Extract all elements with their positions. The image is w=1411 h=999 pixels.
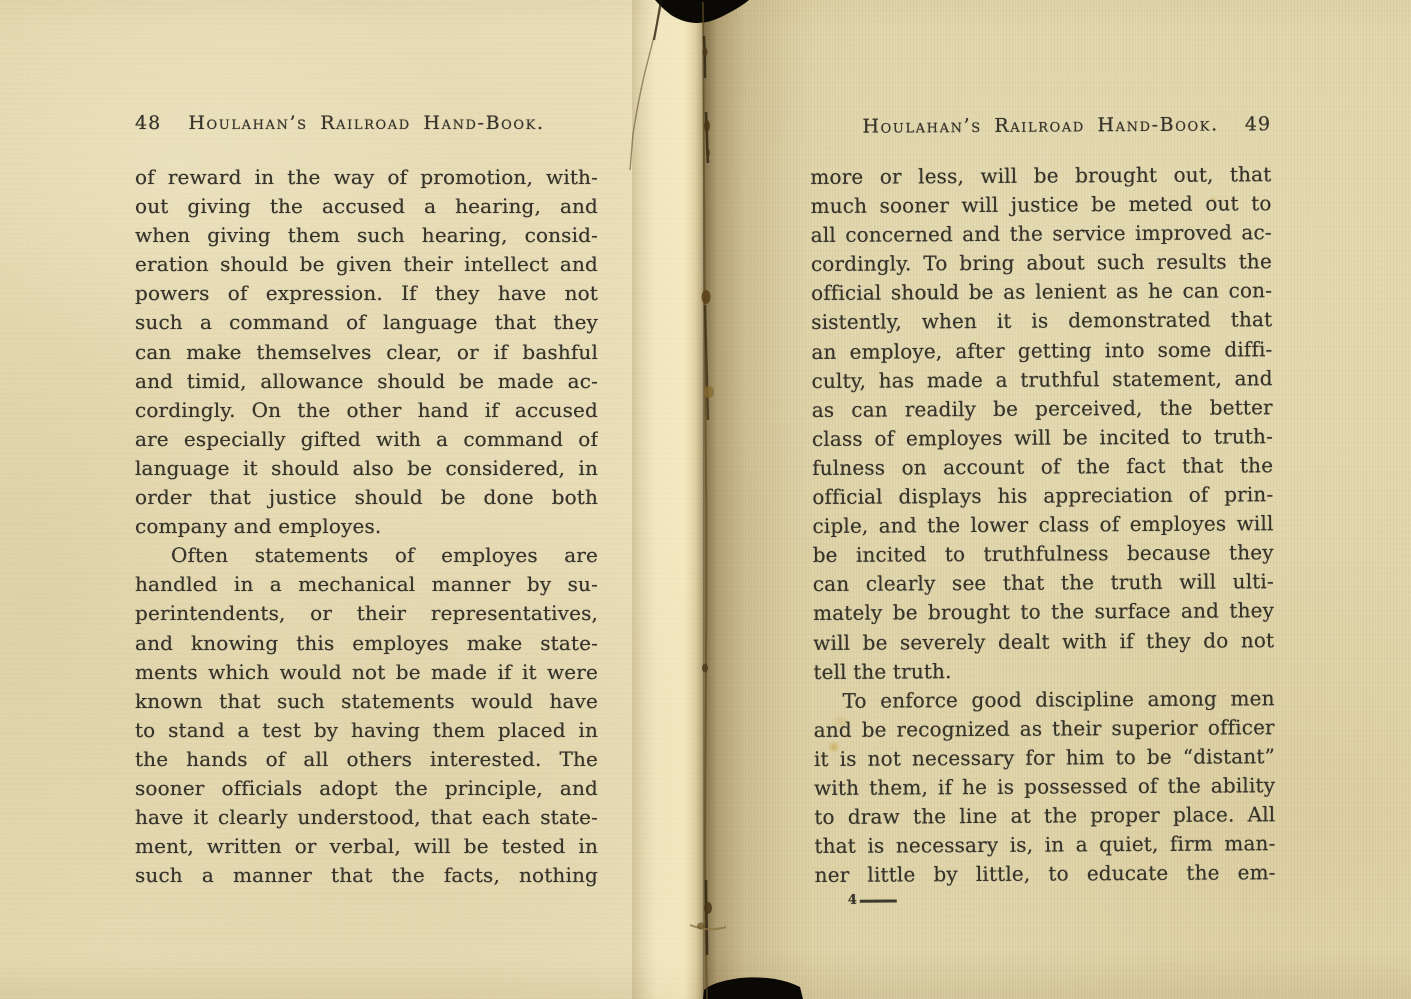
text-line: all concerned and the service improved a… (811, 218, 1272, 250)
text-line: To enforce good discipline among men (813, 684, 1274, 716)
left-body-text: of reward in the way of promotion, with-… (135, 163, 598, 890)
text-line: class of employes will be incited to tru… (812, 422, 1273, 454)
text-line: can clearly see that the truth will ulti… (813, 567, 1274, 599)
text-line: can make themselves clear, or if bashful (135, 338, 598, 367)
text-line: language it should also be considered, i… (135, 454, 598, 483)
text-line: official should be as lenient as he can … (811, 277, 1272, 309)
left-running-header: 48 Houlahan’s Railroad Hand-Book. (135, 112, 598, 138)
text-line: when giving them such hearing, consid- (135, 221, 598, 250)
text-line: perintendents, or their representatives, (135, 599, 598, 628)
text-line: known that such statements would have (135, 687, 598, 716)
text-line: culty, has made a truthful statement, an… (812, 364, 1273, 396)
text-line: such a manner that the facts, nothing (135, 861, 598, 890)
text-line: will be severely dealt with if they do n… (813, 626, 1274, 658)
text-line: with them, if he is possessed of the abi… (814, 771, 1275, 803)
text-line: handled in a mechanical manner by su- (135, 570, 598, 599)
text-line: and knowing this employes make state- (135, 629, 598, 658)
right-header-title: Houlahan’s Railroad Hand-Book. (810, 113, 1271, 138)
right-body-text: more or less, will be brought out, thatm… (810, 160, 1275, 890)
text-line: order that justice should be done both (135, 483, 598, 512)
text-line: such a command of language that they (135, 308, 598, 337)
text-line: company and employes. (135, 512, 598, 541)
text-line: out giving the accused a hearing, and (135, 192, 598, 221)
text-line: and be recognized as their superior offi… (814, 713, 1275, 745)
text-line: much sooner will justice be meted out to (810, 189, 1271, 221)
text-line: ment, written or verbal, will be tested … (135, 832, 598, 861)
text-line: Often statements of employes are (135, 541, 598, 570)
text-line: have it clearly understood, that each st… (135, 803, 598, 832)
text-line: the hands of all others interested. The (135, 745, 598, 774)
text-line: official displays his appreciation of pr… (812, 480, 1273, 512)
text-line: fulness on account of the fact that the (812, 451, 1273, 483)
text-line: sooner officials adopt the principle, an… (135, 774, 598, 803)
text-line: that is necessary is, in a quiet, firm m… (814, 829, 1275, 861)
text-line: to draw the line at the proper place. Al… (814, 800, 1275, 832)
text-line: mately be brought to the surface and the… (813, 597, 1274, 629)
text-line: and timid, allowance should be made ac- (135, 367, 598, 396)
text-line: cordingly. To bring about such results t… (811, 247, 1272, 279)
text-line: it is not necessary for him to be “dista… (814, 742, 1275, 774)
signature-number: 4 (848, 894, 857, 907)
text-line: eration should be given their intellect … (135, 250, 598, 279)
text-line: cordingly. On the other hand if accused (135, 396, 598, 425)
text-line: an employe, after getting into some diff… (811, 335, 1272, 367)
book-spread: 48 Houlahan’s Railroad Hand-Book. of rew… (0, 0, 1411, 999)
text-line: are especially gifted with a command of (135, 425, 598, 454)
left-header-title: Houlahan’s Railroad Hand-Book. (135, 112, 598, 134)
left-page-text-column: 48 Houlahan’s Railroad Hand-Book. of rew… (135, 112, 598, 890)
right-page-text-column: Houlahan’s Railroad Hand-Book. 49 more o… (810, 113, 1276, 907)
text-line: tell the truth. (813, 655, 1274, 687)
text-line: ments which would not be made if it were (135, 658, 598, 687)
text-line: powers of expression. If they have not (135, 279, 598, 308)
text-line: be incited to truthfulness because they (813, 538, 1274, 570)
right-page-number: 49 (1245, 113, 1271, 135)
right-running-header: Houlahan’s Railroad Hand-Book. 49 (810, 113, 1271, 142)
signature-dash (860, 900, 897, 903)
text-line: to stand a test by having them placed in (135, 716, 598, 745)
signature-mark: 4 (848, 889, 1276, 908)
text-line: as can readily be perceived, the better (812, 393, 1273, 425)
left-page-number: 48 (135, 112, 161, 134)
text-line: sistently, when it is demonstrated that (811, 306, 1272, 338)
text-line: ner little by little, to educate the em- (815, 858, 1276, 890)
text-line: of reward in the way of promotion, with- (135, 163, 598, 192)
text-line: more or less, will be brought out, that (810, 160, 1271, 192)
text-line: ciple, and the lower class of employes w… (812, 509, 1273, 541)
